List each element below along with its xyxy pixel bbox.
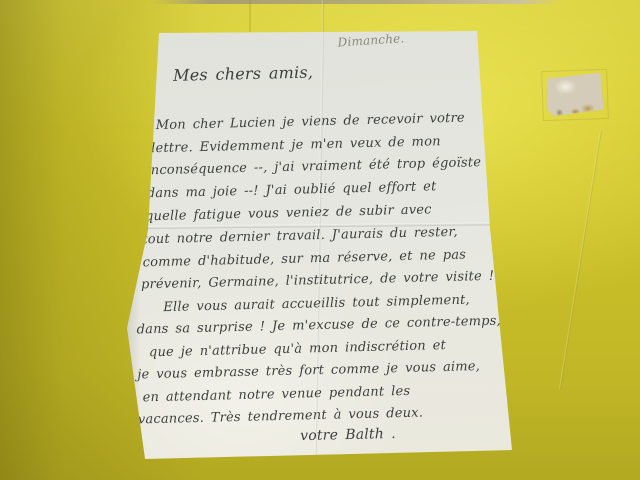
handwriting-layer: Dimanche. Mes chers amis, Mon cher Lucie…	[126, 23, 522, 464]
backdrop-top-edge	[150, 0, 562, 4]
backdrop-crease-diagonal	[559, 130, 602, 389]
letter-line: comme d'habitude, sur ma réserve, et ne …	[143, 247, 467, 270]
letter-line: que je n'attribue qu'à mon indiscrétion …	[149, 338, 446, 360]
letter-line: dans sa surprise ! Je m'excuse de ce con…	[136, 314, 501, 338]
letter-line: prévenir, Germaine, l'institutrice, de v…	[141, 269, 495, 293]
letter-paper: Dimanche. Mes chers amis, Mon cher Lucie…	[127, 28, 517, 464]
letter-line: lettre. Evidemment je m'en veux de mon	[151, 134, 441, 156]
letter-line: tout notre dernier travail. J'aurais du …	[142, 225, 458, 248]
yellow-backdrop: Dimanche. Mes chers amis, Mon cher Lucie…	[0, 0, 640, 480]
tape-residue-sticker	[545, 73, 604, 117]
letter-signature: votre Balth .	[300, 426, 396, 444]
letter-line: inconséquence --, j'ai vraiment été trop…	[146, 155, 481, 178]
letter-line: quelle fatigue vous veniez de subir avec	[145, 202, 432, 224]
backdrop-crease-vertical	[322, 0, 324, 34]
letter-line: Elle vous aurait accueillis tout simplem…	[163, 293, 470, 315]
letter-line: dans ma joie --! J'ai oublié quel effort…	[147, 179, 437, 201]
pencil-date-annotation: Dimanche.	[337, 31, 405, 49]
letter-line: Mon cher Lucien je viens de recevoir vot…	[156, 111, 465, 134]
letter-line: en attendant notre venue pendant les	[142, 384, 410, 406]
letter-line: vacances. Très tendrement à vous deux.	[138, 405, 424, 427]
letter-line: je vous embrasse très fort comme je vous…	[137, 359, 480, 382]
backdrop-crease-vertical-faint	[249, 0, 251, 32]
letter-salutation: Mes chers amis,	[173, 62, 313, 84]
